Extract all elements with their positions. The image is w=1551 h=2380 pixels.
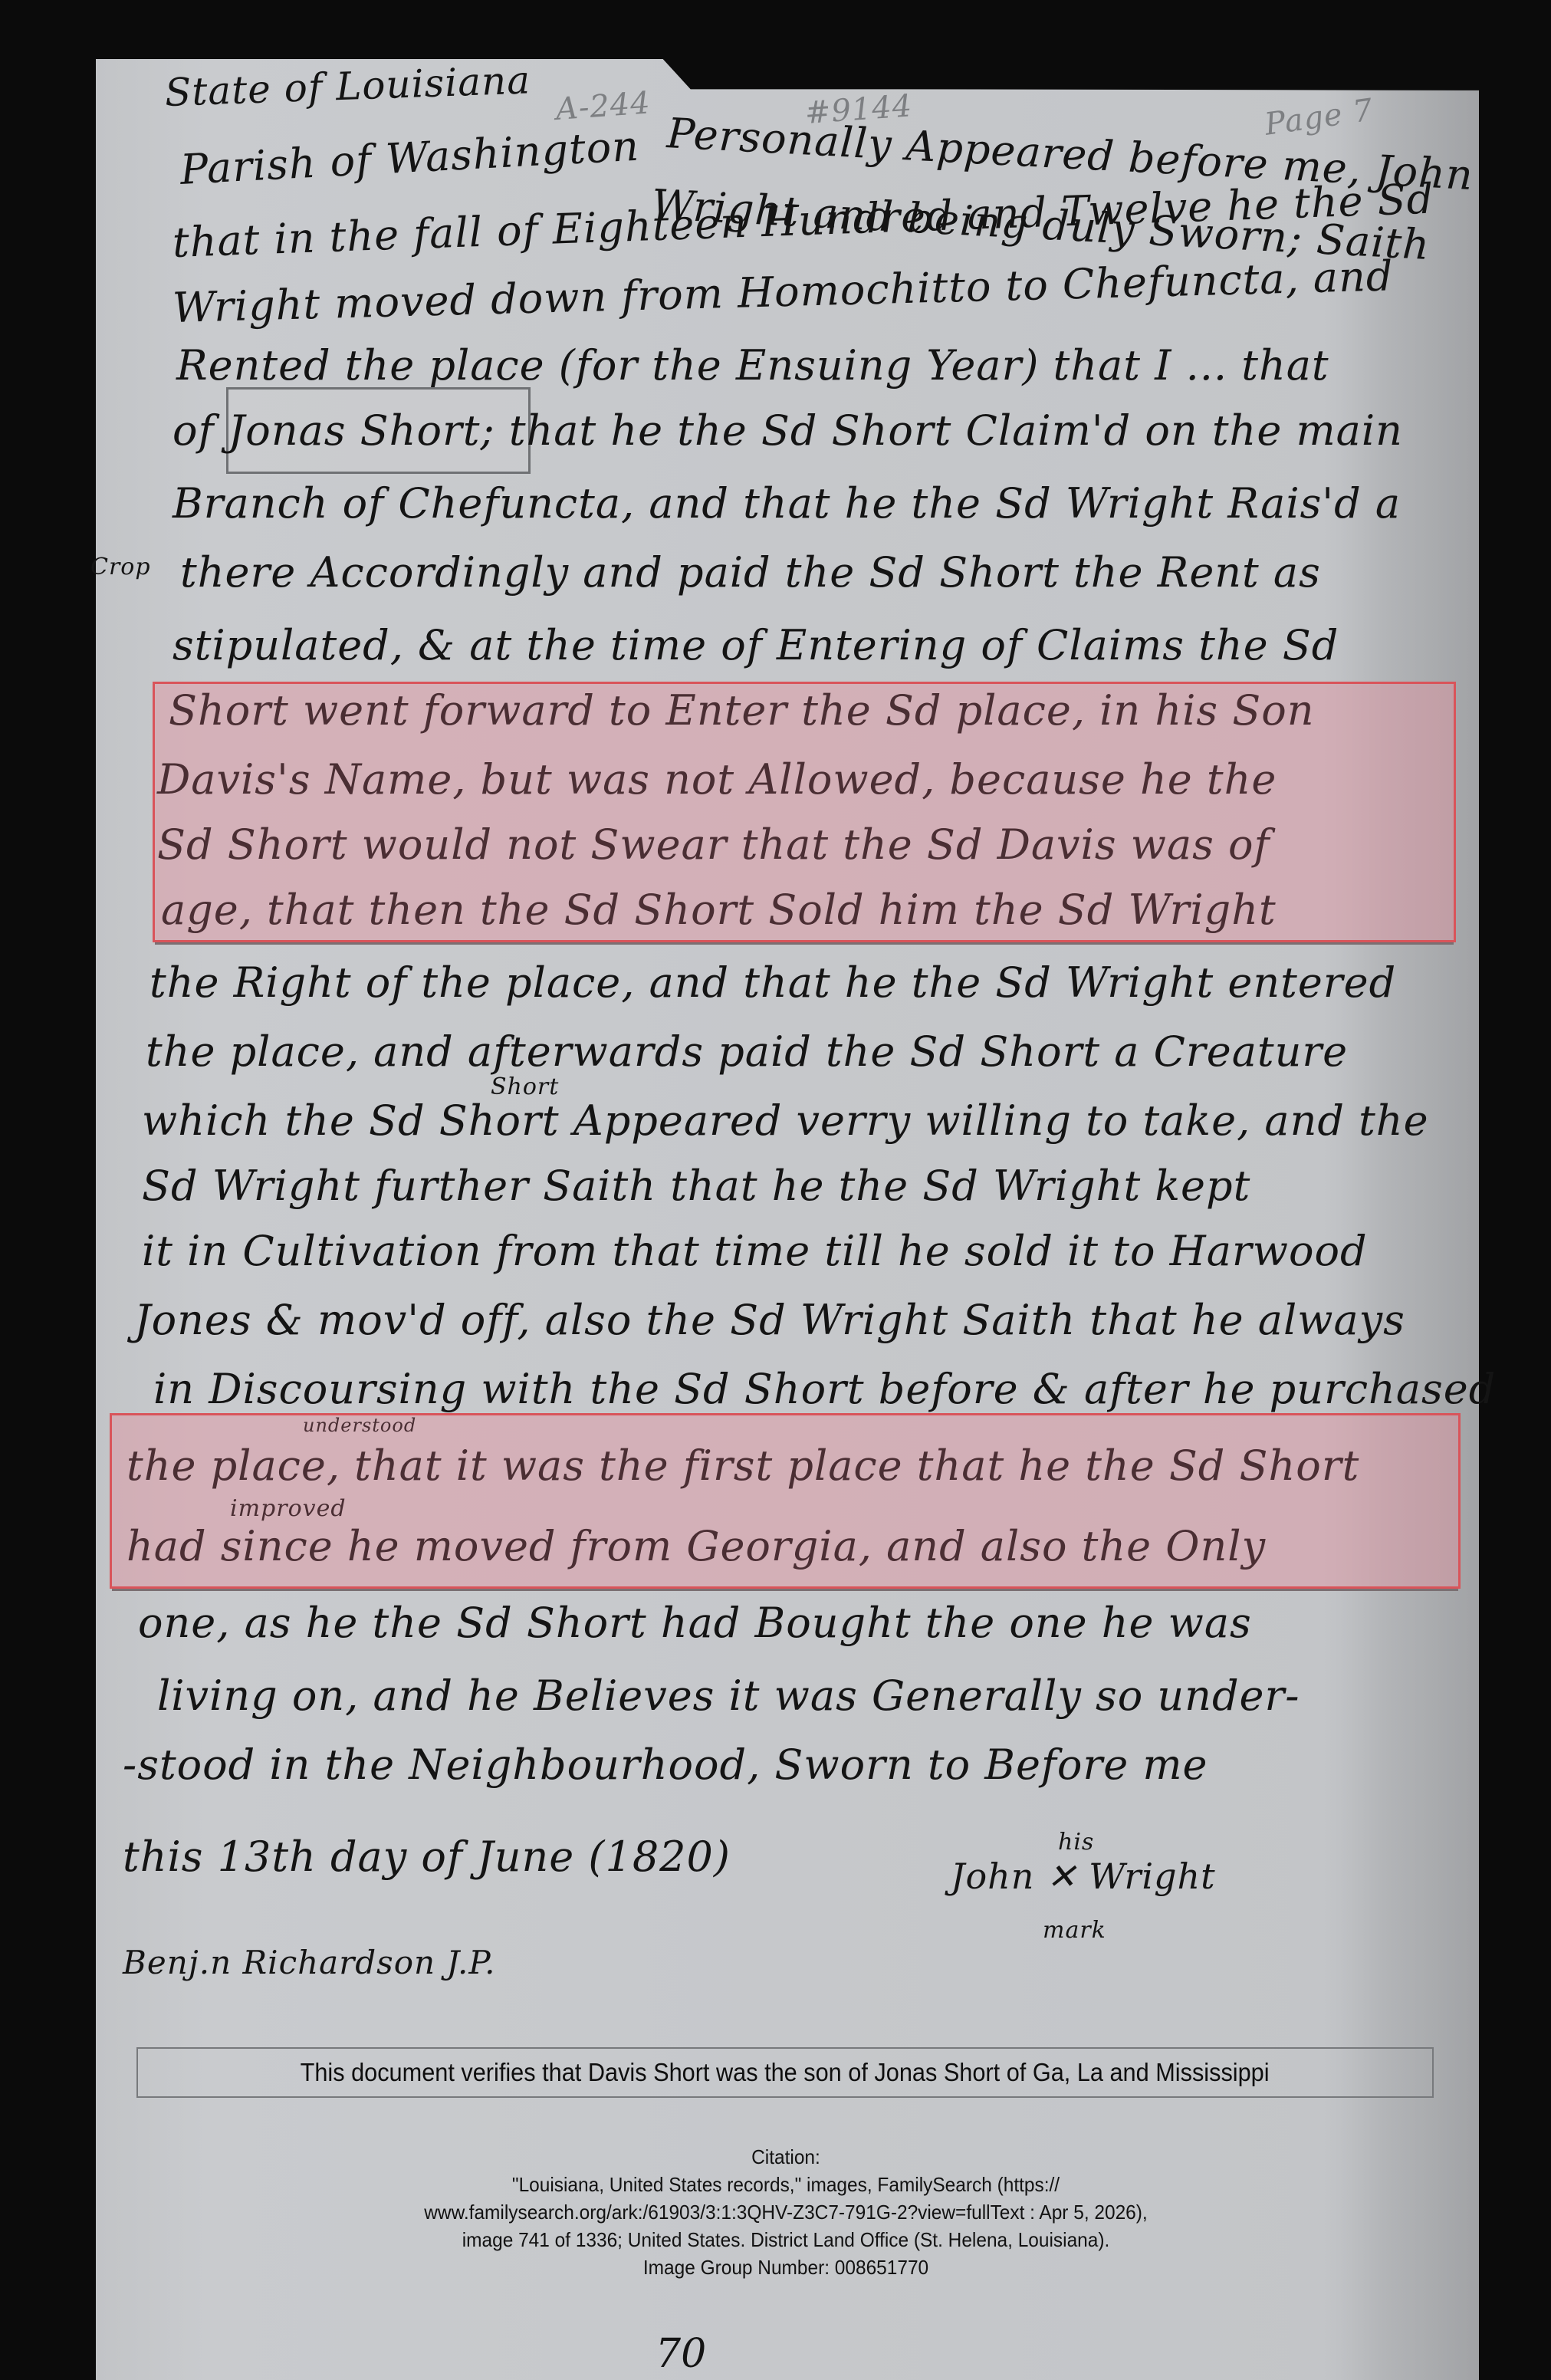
margin-note-crop: Crop bbox=[90, 554, 151, 580]
interlinear-improved: improved bbox=[230, 1495, 347, 1522]
caption-box: This document verifies that Davis Short … bbox=[136, 2047, 1434, 2098]
citation-line-4: Image Group Number: 008651770 bbox=[300, 2253, 1273, 2281]
signature-john-wright: John ✕ Wright bbox=[951, 1856, 1216, 1897]
affidavit-line-23: one, as he the Sd Short had Bought the o… bbox=[138, 1599, 1252, 1647]
affidavit-line-24: living on, and he Believes it was Genera… bbox=[157, 1672, 1300, 1720]
affidavit-line-7: Branch of Chefuncta, and that he the Sd … bbox=[173, 479, 1401, 528]
affidavit-line-16: which the Sd Short Appeared verry willin… bbox=[142, 1096, 1429, 1145]
affidavit-line-5: Rented the place (for the Ensuing Year) … bbox=[176, 341, 1329, 390]
caption-text: This document verifies that Davis Short … bbox=[301, 2058, 1270, 2087]
citation-block: Citation: "Louisiana, United States reco… bbox=[268, 2143, 1303, 2281]
justice-signature: Benj.n Richardson J.P. bbox=[123, 1944, 495, 1981]
affidavit-line-21: the place, that it was the first place t… bbox=[127, 1441, 1359, 1490]
affidavit-line-19: Jones & mov'd off, also the Sd Wright Sa… bbox=[134, 1296, 1405, 1344]
citation-heading: Citation: bbox=[300, 2143, 1273, 2171]
affidavit-line-13: age, that then the Sd Short Sold him the… bbox=[161, 886, 1277, 934]
interlinear-understood: understood bbox=[303, 1415, 416, 1436]
affidavit-date-line: this 13th day of June (1820) bbox=[123, 1833, 731, 1881]
page-number-mark: 70 bbox=[656, 2331, 706, 2377]
affidavit-line-9: stipulated, & at the time of Entering of… bbox=[173, 621, 1339, 669]
affidavit-line-11: Davis's Name, but was not Allowed, becau… bbox=[157, 755, 1277, 804]
affidavit-line-22: had since he moved from Georgia, and als… bbox=[127, 1522, 1266, 1570]
citation-line-1: "Louisiana, United States records," imag… bbox=[300, 2171, 1273, 2198]
affidavit-line-10: Short went forward to Enter the Sd place… bbox=[169, 686, 1315, 735]
affidavit-line-12: Sd Short would not Swear that the Sd Dav… bbox=[157, 820, 1270, 869]
citation-line-2: www.familysearch.org/ark:/61903/3:1:3QHV… bbox=[300, 2198, 1273, 2226]
affidavit-line-6: of Jonas Short; that he the Sd Short Cla… bbox=[173, 406, 1403, 455]
signature-mark: mark bbox=[1043, 1917, 1106, 1944]
signature-his: his bbox=[1058, 1829, 1094, 1856]
citation-line-3: image 741 of 1336; United States. Distri… bbox=[300, 2226, 1273, 2253]
affidavit-line-8: there Accordingly and paid the Sd Short … bbox=[180, 548, 1321, 597]
affidavit-line-20: in Discoursing with the Sd Short before … bbox=[153, 1365, 1496, 1413]
affidavit-line-25: -stood in the Neighbourhood, Sworn to Be… bbox=[123, 1741, 1208, 1789]
affidavit-line-18: it in Cultivation from that time till he… bbox=[142, 1227, 1368, 1275]
affidavit-line-17: Sd Wright further Saith that he the Sd W… bbox=[142, 1162, 1250, 1210]
affidavit-line-15: the place, and afterwards paid the Sd Sh… bbox=[146, 1027, 1348, 1076]
affidavit-line-14: the Right of the place, and that he the … bbox=[150, 958, 1396, 1007]
